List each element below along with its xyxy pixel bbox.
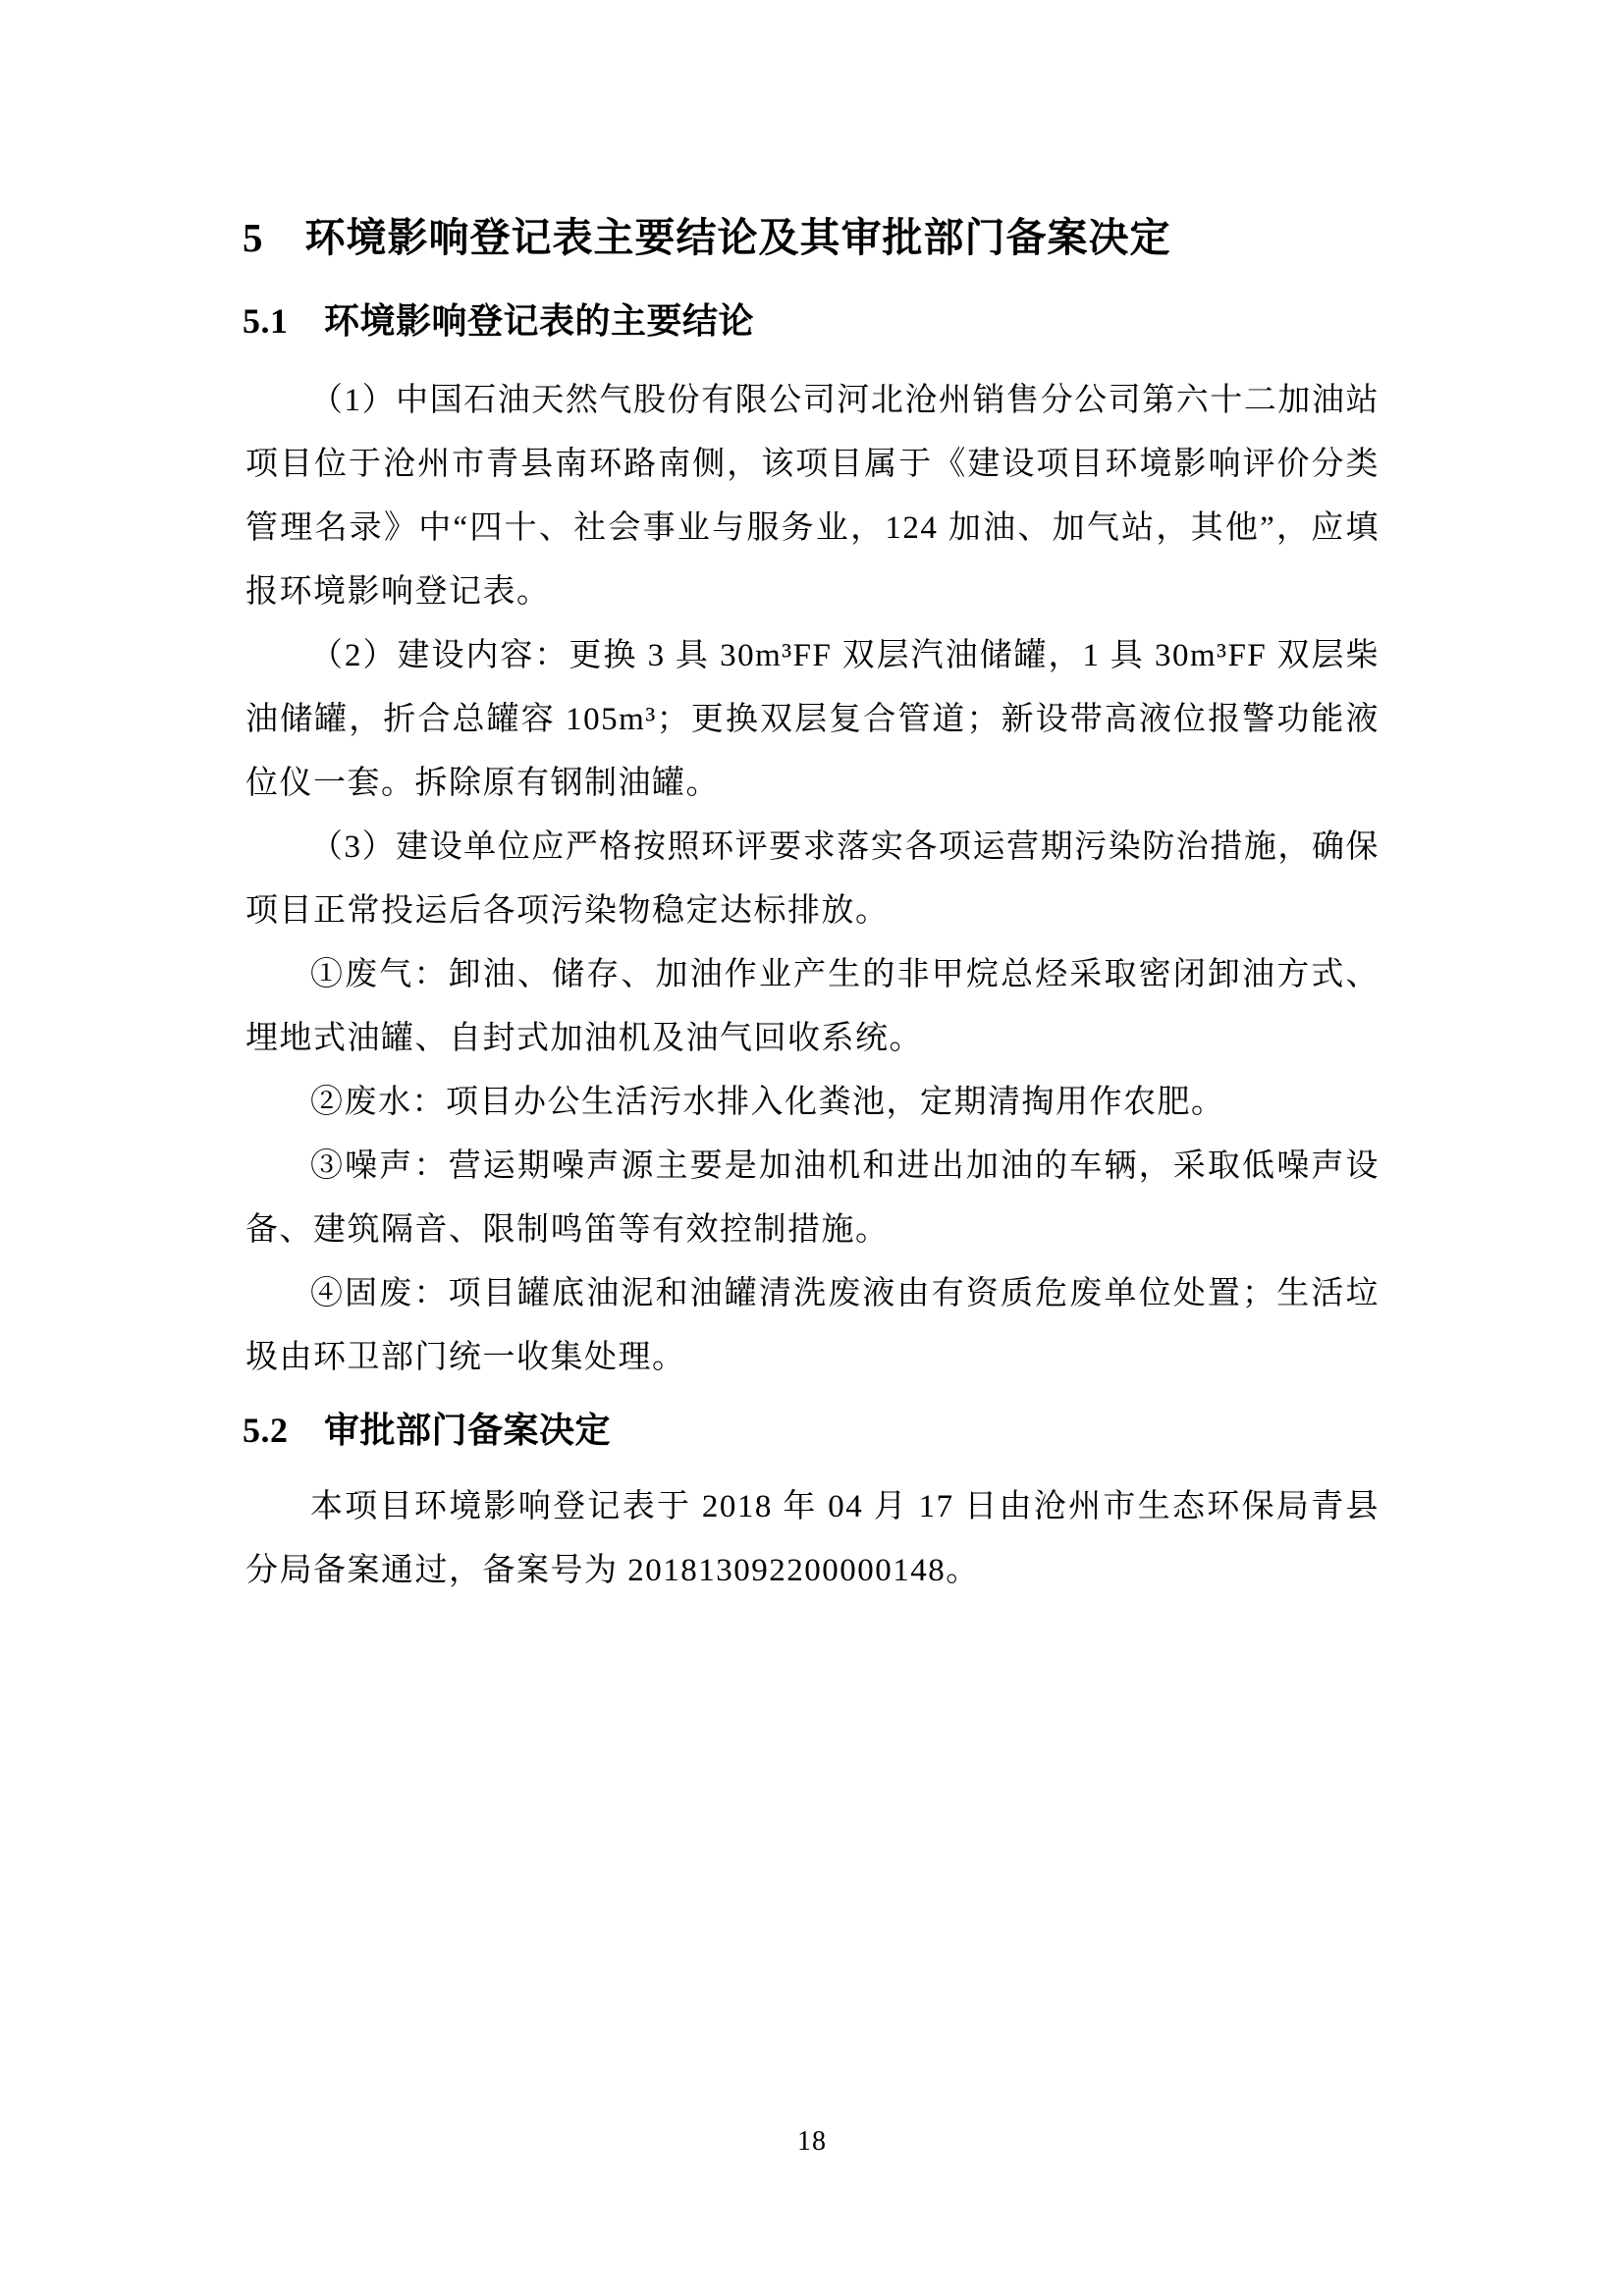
paragraph-project-overview: （1）中国石油天然气股份有限公司河北沧州销售分公司第六十二加油站项目位于沧州市青… <box>245 369 1380 624</box>
section-5-2-heading: 5.2 审批部门备案决定 <box>243 1410 611 1452</box>
section-5-1-heading: 5.1 环境影响登记表的主要结论 <box>243 300 754 343</box>
chapter-heading: 5 环境影响登记表主要结论及其审批部门备案决定 <box>243 214 1171 262</box>
paragraph-noise: ③噪声：营运期噪声源主要是加油机和进出加油的车辆，采取低噪声设备、建筑隔音、限制… <box>245 1135 1380 1262</box>
paragraph-solid-waste: ④固废：项目罐底油泥和油罐清洗废液由有资质危废单位处置；生活垃圾由环卫部门统一收… <box>245 1262 1380 1390</box>
paragraph-waste-gas: ①废气：卸油、储存、加油作业产生的非甲烷总烃采取密闭卸油方式、埋地式油罐、自封式… <box>245 943 1380 1071</box>
page-number: 18 <box>0 2126 1624 2158</box>
paragraph-pollution-control-requirement: （3）建设单位应严格按照环评要求落实各项运营期污染防治措施，确保项目正常投运后各… <box>245 816 1380 943</box>
paragraph-waste-water: ②废水：项目办公生活污水排入化粪池，定期清掏用作农肥。 <box>245 1071 1380 1135</box>
document-page: 5 环境影响登记表主要结论及其审批部门备案决定 5.1 环境影响登记表的主要结论… <box>0 0 1624 2296</box>
paragraph-filing-decision: 本项目环境影响登记表于 2018 年 04 月 17 日由沧州市生态环保局青县分… <box>245 1475 1380 1603</box>
paragraph-construction-content: （2）建设内容：更换 3 具 30m³FF 双层汽油储罐，1 具 30m³FF … <box>245 624 1380 816</box>
